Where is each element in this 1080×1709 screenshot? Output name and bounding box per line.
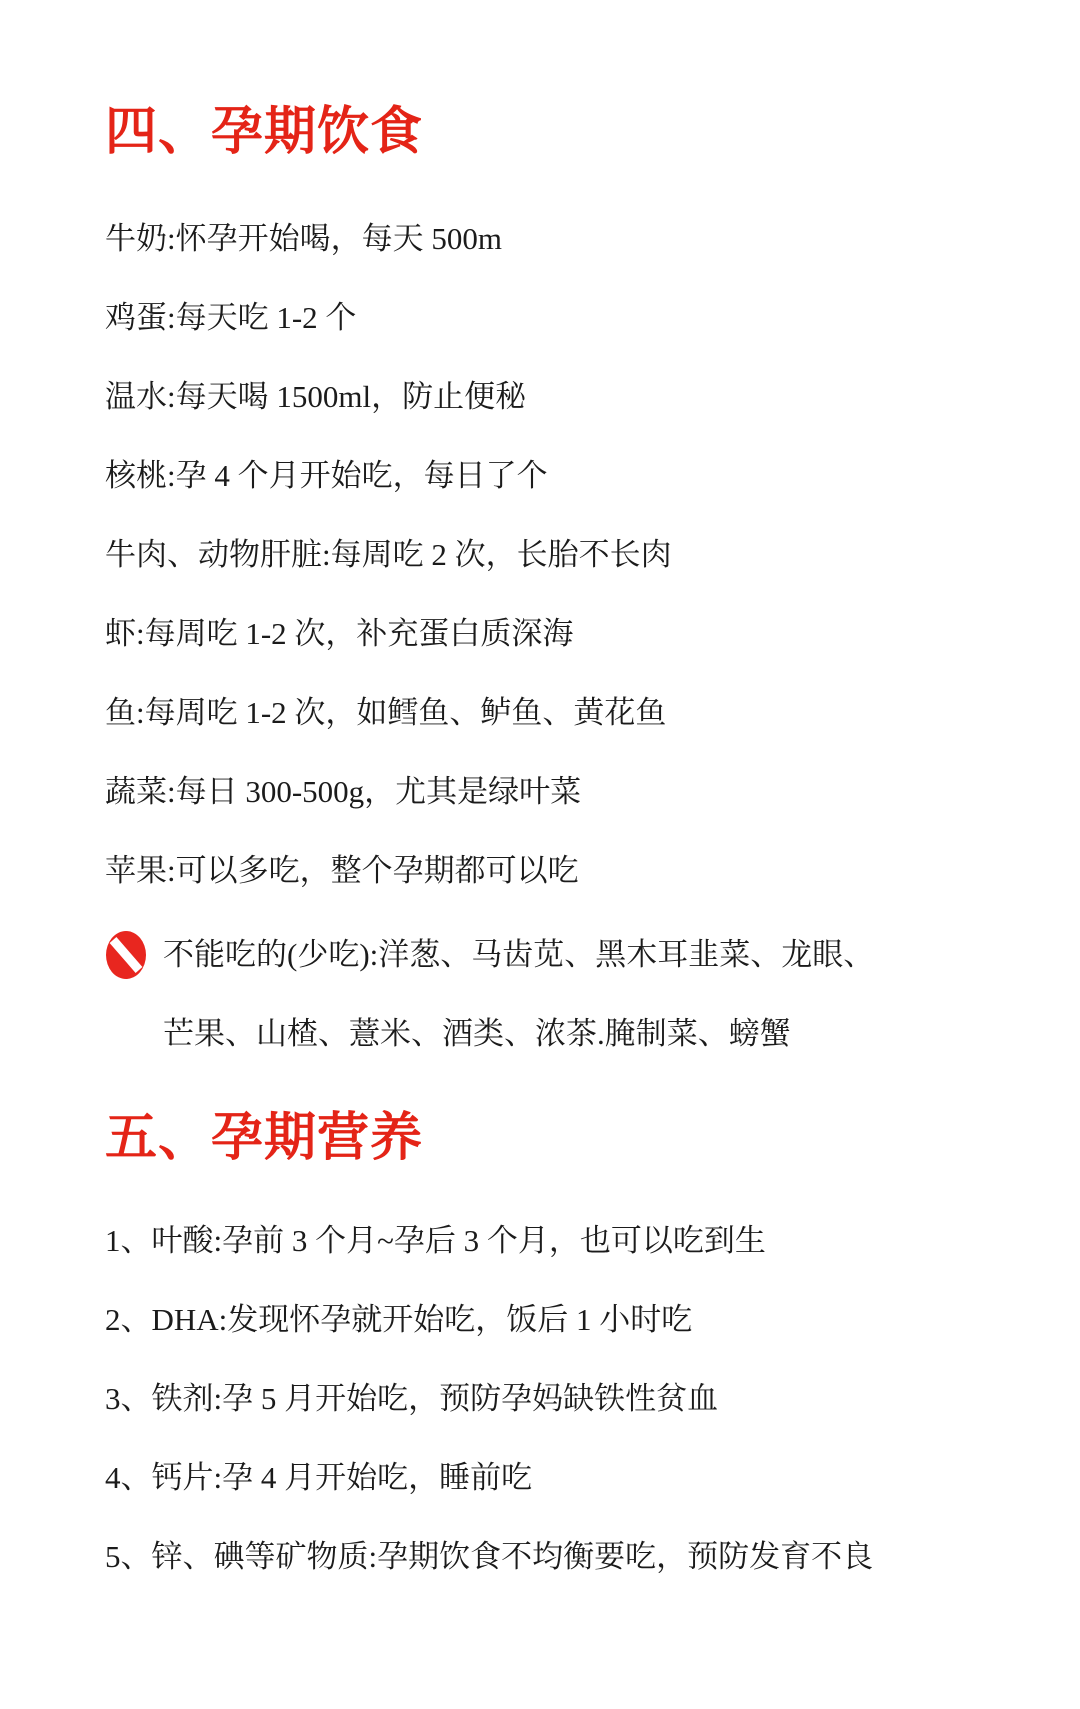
nutrition-item-calcium: 4、钙片:孕 4 月开始吃，睡前吃 [105,1458,1010,1498]
forbidden-note-line1: 不能吃的(少吃):洋葱、马齿苋、黑木耳韭菜、龙眼、 [163,935,874,975]
nutrition-item-minerals: 5、锌、碘等矿物质:孕期饮食不均衡要吃，预防发育不良 [105,1537,1010,1577]
forbidden-note: 不能吃的(少吃):洋葱、马齿苋、黑木耳韭菜、龙眼、 [105,930,1010,980]
nutrition-item-dha: 2、DHA:发现怀孕就开始吃，饭后 1 小时吃 [105,1300,1010,1340]
forbidden-note-line2: 芒果、山楂、薏米、酒类、浓茶.腌制菜、螃蟹 [105,1014,1010,1054]
diet-item-fish: 鱼:每周吃 1-2 次，如鳕鱼、鲈鱼、黄花鱼 [105,693,1010,733]
diet-item-egg: 鸡蛋:每天吃 1-2 个 [105,298,1010,338]
diet-item-warm-water: 温水:每天喝 1500ml，防止便秘 [105,377,1010,417]
diet-section-heading: 四、孕期饮食 [105,104,1010,161]
diet-item-shrimp: 虾:每周吃 1-2 次，补充蛋白质深海 [105,614,1010,654]
document-page: 四、孕期饮食 牛奶:怀孕开始喝，每天 500m 鸡蛋:每天吃 1-2 个 温水:… [0,0,1080,1709]
diet-item-apple: 苹果:可以多吃，整个孕期都可以吃 [105,851,1010,891]
no-entry-icon [105,930,147,980]
diet-item-beef-liver: 牛肉、动物肝脏:每周吃 2 次，长胎不长肉 [105,535,1010,575]
nutrition-item-folic-acid: 1、叶酸:孕前 3 个月~孕后 3 个月，也可以吃到生 [105,1221,1010,1261]
nutrition-section-heading: 五、孕期营养 [105,1110,1010,1167]
diet-item-milk: 牛奶:怀孕开始喝，每天 500m [105,219,1010,259]
nutrition-item-iron: 3、铁剂:孕 5 月开始吃，预防孕妈缺铁性贫血 [105,1379,1010,1419]
diet-item-vegetable: 蔬菜:每日 300-500g，尤其是绿叶菜 [105,772,1010,812]
diet-item-walnut: 核桃:孕 4 个月开始吃，每日了个 [105,456,1010,496]
